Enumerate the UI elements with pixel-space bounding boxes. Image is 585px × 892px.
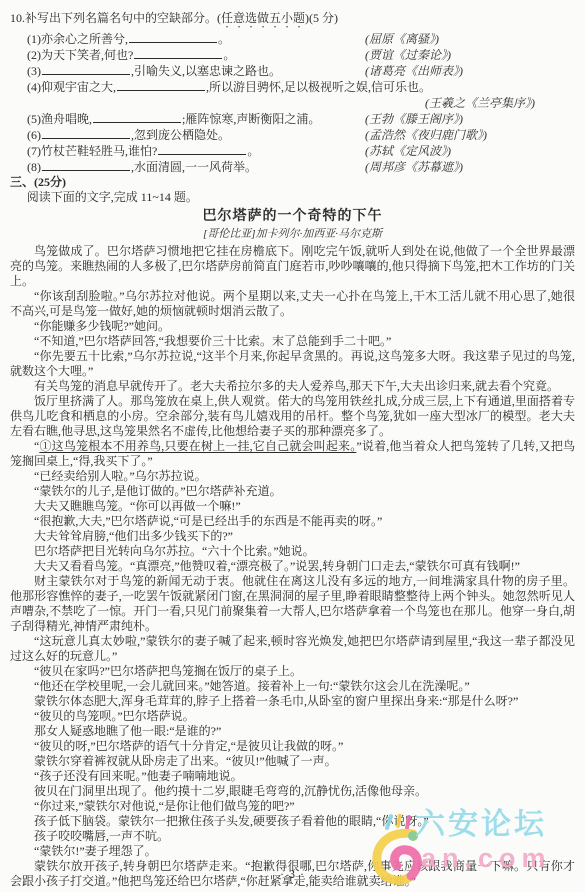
passage-paragraph: 财主蒙铁尔对于鸟笼的新闻无动于衷。他就住在离这儿没有多远的地方,一间堆满家具什物… [10, 574, 575, 634]
section-3: 三、(25分) 阅读下面的文字,完成 11~14 题。 巴尔塔萨的一个奇特的下午… [10, 175, 575, 889]
item-number: (5) [27, 112, 41, 126]
answer-blank [134, 47, 222, 59]
item-source: (苏轼《定风波》) [365, 143, 451, 159]
paragraph-text: “彼贝在家吗?”巴尔塔萨把鸟笼搁在饭厅的桌子上。 [34, 664, 302, 678]
item-text-post: ,引喻失义,以塞忠谏之路也。 [131, 64, 281, 78]
passage-paragraph: “彼贝的鸟笼呗。”巴尔塔萨说。 [10, 709, 575, 724]
fill-in-item: (8),水面清圆,一一风荷举。(周邦彦《苏幕遮》) [27, 159, 575, 175]
paragraph-text: “很抱歉,大夫,”巴尔塔萨说,“可是已经出手的东西是不能再卖的呀。” [34, 514, 382, 528]
passage-paragraph: 大夫耸耸肩膀,“他们出多少钱买下的?” [10, 529, 575, 544]
passage-author: [哥伦比亚]加卡列尔·加西亚·马尔克斯 [10, 227, 575, 241]
paragraph-text: “蒙铁尔!”妻子埋怨了。 [34, 844, 157, 858]
answer-blank [42, 63, 130, 75]
paragraph-text: 大夫又瞧瞧鸟笼。“你可以再做一个嘛!” [34, 499, 241, 513]
paragraph-text: 财主蒙铁尔对于鸟笼的新闻无动于衷。他就住在离这儿没有多远的地方,一间堆满家具什物… [10, 574, 575, 633]
passage-paragraph: “①这鸟笼根本不用养鸟,只要在树上一挂,它自己就会叫起来。”说着,他当着众人把鸟… [10, 439, 575, 469]
paragraph-text: “他还在学校里呢,一会儿就回来。”她答道。接着补上一句:“蒙铁尔这会儿在洗澡呢。… [34, 679, 470, 693]
item-text-pre: 竹杖芒鞋轻胜马,谁怕? [41, 144, 157, 158]
item-number: (7) [27, 144, 41, 158]
passage-paragraph: 大夫又瞧瞧鸟笼。“你可以再做一个嘛!” [10, 499, 575, 514]
paragraph-text: “彼贝的鸟笼呗。”巴尔塔萨说。 [34, 709, 195, 723]
underlined-sentence: ①这鸟笼根本不用养鸟,只要在树上一挂,它自己就会叫起来。 [39, 439, 356, 453]
item-source: (周邦彦《苏幕遮》) [365, 159, 463, 175]
paragraph-text: 巴尔塔萨把目光转向乌尔苏拉。“六十个比索。”她说。 [34, 544, 315, 558]
heading-points: )(5 分) [305, 11, 338, 25]
item-source: (贾谊《过秦论》) [365, 47, 451, 63]
paragraph-text: “你该刮刮脸啦。”乌尔苏拉对他说。两个星期以来,丈夫一心扑在鸟笼上,干木工活儿就… [10, 289, 575, 318]
item-number: (6) [27, 128, 41, 142]
item-number: (4) [27, 80, 41, 94]
answer-blank [42, 127, 130, 139]
passage-paragraph: “已经卖给别人啦。”乌尔苏拉说。 [10, 469, 575, 484]
fill-in-item-source-line: (王羲之《兰亭集序》) [27, 95, 575, 111]
paragraph-text: “彼贝的呀,”巴尔塔萨的语气十分肯定,“是彼贝让我做的呀。” [34, 739, 343, 753]
answer-blank [158, 143, 246, 155]
passage-paragraph: “孩子还没有回来呢。”他妻子喃喃地说。 [10, 769, 575, 784]
answer-blank [129, 31, 217, 43]
passage-paragraph: 鸟笼做成了。巴尔塔萨习惯地把它挂在房檐底下。刚吃完午饭,就听人到处在说,他做了一… [10, 244, 575, 289]
item-number: (8) [27, 160, 41, 174]
item-source: (王羲之《兰亭集序》) [425, 96, 535, 110]
passage-paragraph: “他还在学校里呢,一会儿就回来。”她答道。接着补上一句:“蒙铁尔这会儿在洗澡呢。… [10, 679, 575, 694]
fill-in-item: (4)仰观宇宙之大,,所以游目骋怀,足以极视听之娱,信可乐也。 [27, 79, 575, 95]
item-source: (诸葛亮《出师表》) [365, 63, 463, 79]
passage-paragraph: “你能赚多少钱呢?”她问。 [10, 319, 575, 334]
paragraph-text: “这玩意儿真太妙啦,”蒙铁尔的妻子喊了起来,顿时容光焕发,她把巴尔塔萨请到屋里,… [10, 634, 575, 663]
paragraph-text: 鸟笼做成了。巴尔塔萨习惯地把它挂在房檐底下。刚吃完午饭,就听人到处在说,他做了一… [10, 244, 575, 288]
passage-body: 鸟笼做成了。巴尔塔萨习惯地把它挂在房檐底下。刚吃完午饭,就听人到处在说,他做了一… [10, 244, 575, 889]
reading-instruction: 阅读下面的文字,完成 11~14 题。 [10, 190, 575, 205]
answer-blank [93, 111, 181, 123]
passage-paragraph: “你该刮刮脸啦。”乌尔苏拉对他说。两个星期以来,丈夫一心扑在鸟笼上,干木工活儿就… [10, 289, 575, 319]
item-source: (孟浩然《夜归鹿门歌》) [365, 127, 487, 143]
fill-in-item: (5)渔舟唱晚,;雁阵惊寒,声断衡阳之浦。(王勃《滕王阁序》) [27, 111, 575, 127]
item-text-post: ,所以游目骋怀,足以极视听之娱,信可乐也。 [206, 80, 431, 94]
question-10-section: 10.补写出下列名篇名句中的空缺部分。(任意选做五小题)(5 分) (1)亦余心… [10, 10, 575, 175]
passage-paragraph: “彼贝在家吗?”巴尔塔萨把鸟笼搁在饭厅的桌子上。 [10, 664, 575, 679]
paragraph-text: “你先要五十比索,”乌尔苏拉说,“这半个月来,你起早贪黑的。再说,这鸟笼多大呀。… [10, 349, 575, 378]
passage-paragraph: 蒙铁尔体态肥大,浑身毛茸茸的,脖子上搭着一条毛巾,从卧室的窗户里探出身来:“那是… [10, 694, 575, 709]
item-text-post: 。 [223, 48, 235, 62]
item-text-post: ,水面清圆,一一风荷举。 [131, 160, 257, 174]
fill-in-item: (1)亦余心之所善兮,。(屈原《离骚》) [27, 31, 575, 47]
item-source: (屈原《离骚》) [365, 31, 439, 47]
paragraph-text: “孩子还没有回来呢。”他妻子喃喃地说。 [34, 769, 243, 783]
fill-in-item: (7)竹杖芒鞋轻胜马,谁怕?。(苏轼《定风波》) [27, 143, 575, 159]
answer-blank [117, 79, 205, 91]
item-number: (1) [27, 32, 41, 46]
item-source: (王勃《滕王阁序》) [365, 111, 463, 127]
item-text-post: 。 [218, 32, 230, 46]
passage-title: 巴尔塔萨的一个奇特的下午 [10, 208, 575, 226]
paragraph-text: 那女人疑惑地瞧了他一眼:“是谁的?” [34, 724, 221, 738]
paragraph-text: 蒙铁尔体态肥大,浑身毛茸茸的,脖子上搭着一条毛巾,从卧室的窗户里探出身来:“那是… [34, 694, 518, 708]
passage-paragraph: “不知道,”巴尔塔萨回答,“我想要价三十比索。末了总能到手二十吧。” [10, 334, 575, 349]
paragraph-text: “你能赚多少钱呢?”她问。 [34, 319, 170, 333]
passage-paragraph: “彼贝的呀,”巴尔塔萨的语气十分肯定,“是彼贝让我做的呀。” [10, 739, 575, 754]
paragraph-text: 大夫又看看鸟笼。“真漂亮,”他赞叹着,“漂亮极了。”说罢,转身朝门口走去,“蒙铁… [34, 559, 520, 573]
paragraph-text: “你过来,”蒙铁尔对他说,“是你让他们做鸟笼的吧?” [34, 799, 295, 813]
passage-paragraph: 巴尔塔萨把目光转向乌尔苏拉。“六十个比索。”她说。 [10, 544, 575, 559]
item-number: (2) [27, 48, 41, 62]
item-text-pre: 渔舟唱晚, [41, 112, 92, 126]
passage-paragraph: 彼贝在门洞里出现了。他约摸十二岁,眼睫毛弯弯的,沉静忧伤,活像他母亲。 [10, 784, 575, 799]
passage-paragraph: “蒙铁尔的儿子,是他订做的。”巴尔塔萨补充道。 [10, 484, 575, 499]
item-text-pre: 为天下笑者,何也? [41, 48, 133, 62]
passage-paragraph: 大夫又看看鸟笼。“真漂亮,”他赞叹着,“漂亮极了。”说罢,转身朝门口走去,“蒙铁… [10, 559, 575, 574]
paragraph-text: “蒙铁尔的儿子,是他订做的。”巴尔塔萨补充道。 [34, 484, 282, 498]
item-text-pre: 仰观宇宙之大, [41, 80, 116, 94]
section-3-heading: 三、(25分) [10, 175, 575, 190]
passage-paragraph: 有关鸟笼的消息早就传开了。老大夫希拉尔多的夫人爱养鸟,那天下午,大夫出诊归来,就… [10, 379, 575, 394]
question-10-heading: 10.补写出下列名篇名句中的空缺部分。(任意选做五小题)(5 分) [10, 10, 575, 31]
paragraph-text: 蒙铁尔穿着裤衩就从卧房走了出来。“彼贝!”他喊了一声。 [34, 754, 337, 768]
item-number: (3) [27, 64, 41, 78]
passage-paragraph: 蒙铁尔穿着裤衩就从卧房走了出来。“彼贝!”他喊了一声。 [10, 754, 575, 769]
paragraph-text: 有关鸟笼的消息早就传开了。老大夫希拉尔多的夫人爱养鸟,那天下午,大夫出诊归来,就… [34, 379, 559, 393]
emphasized-instruction: 任意选做五小题 [221, 11, 305, 25]
fill-in-items: (1)亦余心之所善兮,。(屈原《离骚》)(2)为天下笑者,何也?。(贾谊《过秦论… [27, 31, 575, 175]
passage-paragraph: “这玩意儿真太妙啦,”蒙铁尔的妻子喊了起来,顿时容光焕发,她把巴尔塔萨请到屋里,… [10, 634, 575, 664]
paragraph-text: “不知道,”巴尔塔萨回答,“我想要价三十比索。末了总能到手二十吧。” [34, 334, 391, 348]
passage-paragraph: “你先要五十比索,”乌尔苏拉说,“这半个月来,你起早贪黑的。再说,这鸟笼多大呀。… [10, 349, 575, 379]
answer-blank [42, 159, 130, 171]
passage-paragraph: 那女人疑惑地瞧了他一眼:“是谁的?” [10, 724, 575, 739]
fill-in-item: (3),引喻失义,以塞忠谏之路也。(诸葛亮《出师表》) [27, 63, 575, 79]
fill-in-item: (6),忽到庞公栖隐处。(孟浩然《夜归鹿门歌》) [27, 127, 575, 143]
item-text-post: ;雁阵惊寒,声断衡阳之浦。 [182, 112, 320, 126]
item-text-post: ,忽到庞公栖隐处。 [131, 128, 230, 142]
item-text-post: 。 [247, 144, 259, 158]
paragraph-text: 大夫耸耸肩膀,“他们出多少钱买下的?” [34, 529, 233, 543]
watermark-domain: an.com [421, 842, 552, 874]
heading-text: 10.补写出下列名篇名句中的空缺部分。( [10, 11, 221, 25]
paragraph-text: 孩子咬咬嘴唇,一声不吭。 [34, 829, 169, 843]
paragraph-text: 彼贝在门洞里出现了。他约摸十二岁,眼睫毛弯弯的,沉静忧伤,活像他母亲。 [34, 784, 427, 798]
watermark-site-name: 六安论坛 [415, 808, 547, 842]
exam-page: 10.补写出下列名篇名句中的空缺部分。(任意选做五小题)(5 分) (1)亦余心… [0, 0, 585, 892]
passage-paragraph: 饭厅里挤满了人。那鸟笼放在桌上,供人观赏。偌大的鸟笼用铁丝扎成,分成三层,上下有… [10, 394, 575, 439]
watermark: 六安论坛 an.com [369, 808, 585, 890]
paragraph-text: “已经卖给别人啦。”乌尔苏拉说。 [34, 469, 207, 483]
item-text-pre: 亦余心之所善兮, [41, 32, 128, 46]
passage-paragraph: “很抱歉,大夫,”巴尔塔萨说,“可是已经出手的东西是不能再卖的呀。” [10, 514, 575, 529]
paragraph-text: 饭厅里挤满了人。那鸟笼放在桌上,供人观赏。偌大的鸟笼用铁丝扎成,分成三层,上下有… [10, 394, 575, 438]
fill-in-item: (2)为天下笑者,何也?。(贾谊《过秦论》) [27, 47, 575, 63]
